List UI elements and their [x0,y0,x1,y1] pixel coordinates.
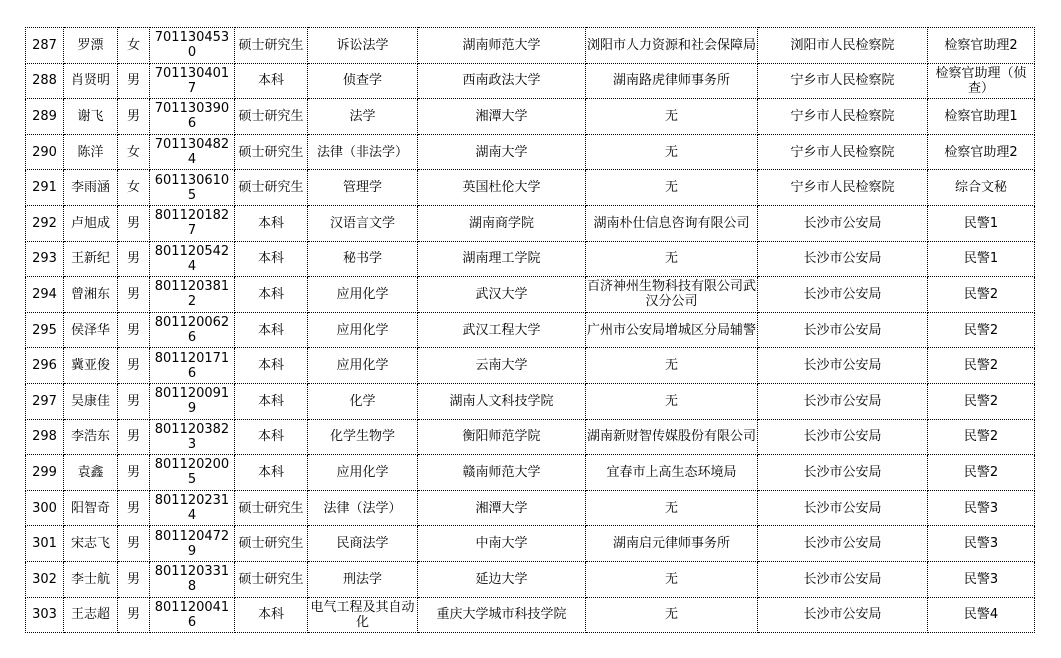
row-number-cell: 289 [26,99,64,135]
applied-unit-cell: 宁乡市人民检察院 [758,134,928,170]
table-row: 287罗漂女7011304530硕士研究生诉讼法学湖南师范大学浏阳市人力资源和社… [26,28,1035,64]
name-cell: 曾湘东 [64,277,118,313]
gender-cell: 女 [118,28,150,64]
employer-cell: 浏阳市人力资源和社会保障局 [586,28,758,64]
exam-id-cell: 8011201827 [150,205,235,241]
exam-id-cell: 8011203318 [150,561,235,597]
row-number-cell: 298 [26,419,64,455]
education-cell: 本科 [235,241,308,277]
major-cell: 应用化学 [308,312,418,348]
applied-unit-cell: 长沙市公安局 [758,241,928,277]
position-cell: 民警1 [928,241,1035,277]
name-cell: 罗漂 [64,28,118,64]
school-cell: 赣南师范大学 [418,455,586,491]
exam-id-cell: 6011306105 [150,170,235,206]
name-cell: 宋志飞 [64,526,118,562]
row-number-cell: 300 [26,490,64,526]
position-cell: 民警4 [928,597,1035,633]
table-row: 290陈洋女7011304824硕士研究生法律（非法学）湖南大学无宁乡市人民检察… [26,134,1035,170]
exam-id-cell: 8011202005 [150,455,235,491]
gender-cell: 男 [118,277,150,313]
employer-cell: 无 [586,241,758,277]
applied-unit-cell: 长沙市公安局 [758,419,928,455]
school-cell: 云南大学 [418,348,586,384]
row-number-cell: 294 [26,277,64,313]
row-number-cell: 296 [26,348,64,384]
applied-unit-cell: 长沙市公安局 [758,490,928,526]
position-cell: 民警2 [928,348,1035,384]
position-cell: 民警1 [928,205,1035,241]
gender-cell: 男 [118,561,150,597]
education-cell: 硕士研究生 [235,28,308,64]
exam-id-cell: 8011202314 [150,490,235,526]
table-row: 302李士航男8011203318硕士研究生刑法学延边大学无长沙市公安局民警3 [26,561,1035,597]
school-cell: 延边大学 [418,561,586,597]
gender-cell: 男 [118,419,150,455]
school-cell: 西南政法大学 [418,63,586,99]
table-row: 298李浩东男8011203823本科化学生物学衡阳师范学院湖南新财智传媒股份有… [26,419,1035,455]
gender-cell: 男 [118,241,150,277]
school-cell: 武汉大学 [418,277,586,313]
major-cell: 民商法学 [308,526,418,562]
employer-cell: 湖南路虎律师事务所 [586,63,758,99]
major-cell: 法学 [308,99,418,135]
school-cell: 英国杜伦大学 [418,170,586,206]
school-cell: 湖南人文科技学院 [418,383,586,419]
school-cell: 武汉工程大学 [418,312,586,348]
school-cell: 湖南理工学院 [418,241,586,277]
employer-cell: 宜春市上高生态环境局 [586,455,758,491]
education-cell: 本科 [235,312,308,348]
row-number-cell: 292 [26,205,64,241]
row-number-cell: 295 [26,312,64,348]
name-cell: 阳智奇 [64,490,118,526]
table-row: 293王新纪男8011205424本科秘书学湖南理工学院无长沙市公安局民警1 [26,241,1035,277]
major-cell: 法律（法学） [308,490,418,526]
education-cell: 本科 [235,455,308,491]
applied-unit-cell: 长沙市公安局 [758,348,928,384]
table-row: 297吴康佳男8011200919本科化学湖南人文科技学院无长沙市公安局民警2 [26,383,1035,419]
table-row: 300阳智奇男8011202314硕士研究生法律（法学）湘潭大学无长沙市公安局民… [26,490,1035,526]
gender-cell: 男 [118,597,150,633]
name-cell: 谢飞 [64,99,118,135]
name-cell: 王志超 [64,597,118,633]
gender-cell: 男 [118,205,150,241]
gender-cell: 男 [118,526,150,562]
gender-cell: 女 [118,170,150,206]
name-cell: 陈洋 [64,134,118,170]
name-cell: 王新纪 [64,241,118,277]
row-number-cell: 287 [26,28,64,64]
table-row: 303王志超男8011200416本科电气工程及其自动化重庆大学城市科技学院无长… [26,597,1035,633]
education-cell: 硕士研究生 [235,134,308,170]
row-number-cell: 301 [26,526,64,562]
table-body: 287罗漂女7011304530硕士研究生诉讼法学湖南师范大学浏阳市人力资源和社… [26,28,1035,633]
exam-id-cell: 8011205424 [150,241,235,277]
applied-unit-cell: 长沙市公安局 [758,277,928,313]
position-cell: 民警2 [928,383,1035,419]
row-number-cell: 293 [26,241,64,277]
table-row: 294曾湘东男8011203812本科应用化学武汉大学百济神州生物科技有限公司武… [26,277,1035,313]
table-row: 292卢旭成男8011201827本科汉语言文学湖南商学院湖南朴仕信息咨询有限公… [26,205,1035,241]
school-cell: 湖南师范大学 [418,28,586,64]
employer-cell: 百济神州生物科技有限公司武汉分公司 [586,277,758,313]
exam-id-cell: 8011200919 [150,383,235,419]
exam-id-cell: 7011304824 [150,134,235,170]
position-cell: 民警2 [928,277,1035,313]
applied-unit-cell: 宁乡市人民检察院 [758,63,928,99]
employer-cell: 湖南启元律师事务所 [586,526,758,562]
exam-id-cell: 7011304530 [150,28,235,64]
major-cell: 电气工程及其自动化 [308,597,418,633]
employer-cell: 无 [586,383,758,419]
applied-unit-cell: 长沙市公安局 [758,455,928,491]
exam-id-cell: 8011200416 [150,597,235,633]
name-cell: 吴康佳 [64,383,118,419]
major-cell: 汉语言文学 [308,205,418,241]
major-cell: 管理学 [308,170,418,206]
position-cell: 检察官助理1 [928,99,1035,135]
education-cell: 硕士研究生 [235,561,308,597]
major-cell: 应用化学 [308,277,418,313]
major-cell: 化学 [308,383,418,419]
gender-cell: 男 [118,490,150,526]
position-cell: 民警3 [928,561,1035,597]
position-cell: 民警3 [928,490,1035,526]
employer-cell: 广州市公安局增城区分局辅警 [586,312,758,348]
row-number-cell: 290 [26,134,64,170]
name-cell: 李雨涵 [64,170,118,206]
gender-cell: 男 [118,63,150,99]
education-cell: 硕士研究生 [235,526,308,562]
name-cell: 肖贤明 [64,63,118,99]
school-cell: 中南大学 [418,526,586,562]
employer-cell: 无 [586,561,758,597]
education-cell: 本科 [235,277,308,313]
education-cell: 硕士研究生 [235,490,308,526]
education-cell: 本科 [235,383,308,419]
education-cell: 硕士研究生 [235,99,308,135]
table-row: 288肖贤明男7011304017本科侦查学西南政法大学湖南路虎律师事务所宁乡市… [26,63,1035,99]
school-cell: 重庆大学城市科技学院 [418,597,586,633]
major-cell: 应用化学 [308,348,418,384]
education-cell: 本科 [235,63,308,99]
major-cell: 化学生物学 [308,419,418,455]
applied-unit-cell: 浏阳市人民检察院 [758,28,928,64]
exam-id-cell: 7011303906 [150,99,235,135]
gender-cell: 男 [118,383,150,419]
applied-unit-cell: 长沙市公安局 [758,312,928,348]
table-row: 289谢飞男7011303906硕士研究生法学湘潭大学无宁乡市人民检察院检察官助… [26,99,1035,135]
employer-cell: 无 [586,490,758,526]
employer-cell: 无 [586,597,758,633]
major-cell: 刑法学 [308,561,418,597]
exam-id-cell: 8011200626 [150,312,235,348]
school-cell: 湘潭大学 [418,99,586,135]
table-row: 301宋志飞男8011204729硕士研究生民商法学中南大学湖南启元律师事务所长… [26,526,1035,562]
exam-id-cell: 8011204729 [150,526,235,562]
name-cell: 李士航 [64,561,118,597]
exam-id-cell: 8011201716 [150,348,235,384]
name-cell: 冀亚俊 [64,348,118,384]
table-row: 296冀亚俊男8011201716本科应用化学云南大学无长沙市公安局民警2 [26,348,1035,384]
table-row: 299袁鑫男8011202005本科应用化学赣南师范大学宜春市上高生态环境局长沙… [26,455,1035,491]
exam-id-cell: 7011304017 [150,63,235,99]
school-cell: 湖南大学 [418,134,586,170]
name-cell: 李浩东 [64,419,118,455]
gender-cell: 女 [118,134,150,170]
position-cell: 综合文秘 [928,170,1035,206]
education-cell: 本科 [235,205,308,241]
applied-unit-cell: 长沙市公安局 [758,383,928,419]
school-cell: 湖南商学院 [418,205,586,241]
table-row: 291李雨涵女6011306105硕士研究生管理学英国杜伦大学无宁乡市人民检察院… [26,170,1035,206]
row-number-cell: 297 [26,383,64,419]
applied-unit-cell: 长沙市公安局 [758,526,928,562]
gender-cell: 男 [118,312,150,348]
gender-cell: 男 [118,455,150,491]
position-cell: 检察官助理2 [928,28,1035,64]
position-cell: 民警2 [928,455,1035,491]
employer-cell: 无 [586,348,758,384]
name-cell: 袁鑫 [64,455,118,491]
major-cell: 应用化学 [308,455,418,491]
education-cell: 本科 [235,597,308,633]
major-cell: 诉讼法学 [308,28,418,64]
major-cell: 侦查学 [308,63,418,99]
exam-id-cell: 8011203823 [150,419,235,455]
education-cell: 本科 [235,348,308,384]
applied-unit-cell: 宁乡市人民检察院 [758,99,928,135]
position-cell: 民警2 [928,312,1035,348]
row-number-cell: 302 [26,561,64,597]
school-cell: 湘潭大学 [418,490,586,526]
employer-cell: 湖南朴仕信息咨询有限公司 [586,205,758,241]
major-cell: 法律（非法学） [308,134,418,170]
row-number-cell: 299 [26,455,64,491]
candidate-roster-table: 287罗漂女7011304530硕士研究生诉讼法学湖南师范大学浏阳市人力资源和社… [25,27,1035,633]
exam-id-cell: 8011203812 [150,277,235,313]
row-number-cell: 303 [26,597,64,633]
major-cell: 秘书学 [308,241,418,277]
position-cell: 检察官助理（侦查） [928,63,1035,99]
applied-unit-cell: 长沙市公安局 [758,597,928,633]
applied-unit-cell: 长沙市公安局 [758,205,928,241]
gender-cell: 男 [118,99,150,135]
row-number-cell: 291 [26,170,64,206]
name-cell: 侯泽华 [64,312,118,348]
employer-cell: 无 [586,170,758,206]
employer-cell: 无 [586,134,758,170]
education-cell: 硕士研究生 [235,170,308,206]
school-cell: 衡阳师范学院 [418,419,586,455]
employer-cell: 湖南新财智传媒股份有限公司 [586,419,758,455]
name-cell: 卢旭成 [64,205,118,241]
position-cell: 民警2 [928,419,1035,455]
education-cell: 本科 [235,419,308,455]
table-row: 295侯泽华男8011200626本科应用化学武汉工程大学广州市公安局增城区分局… [26,312,1035,348]
applied-unit-cell: 长沙市公安局 [758,561,928,597]
applied-unit-cell: 宁乡市人民检察院 [758,170,928,206]
position-cell: 民警3 [928,526,1035,562]
gender-cell: 男 [118,348,150,384]
position-cell: 检察官助理2 [928,134,1035,170]
employer-cell: 无 [586,99,758,135]
row-number-cell: 288 [26,63,64,99]
